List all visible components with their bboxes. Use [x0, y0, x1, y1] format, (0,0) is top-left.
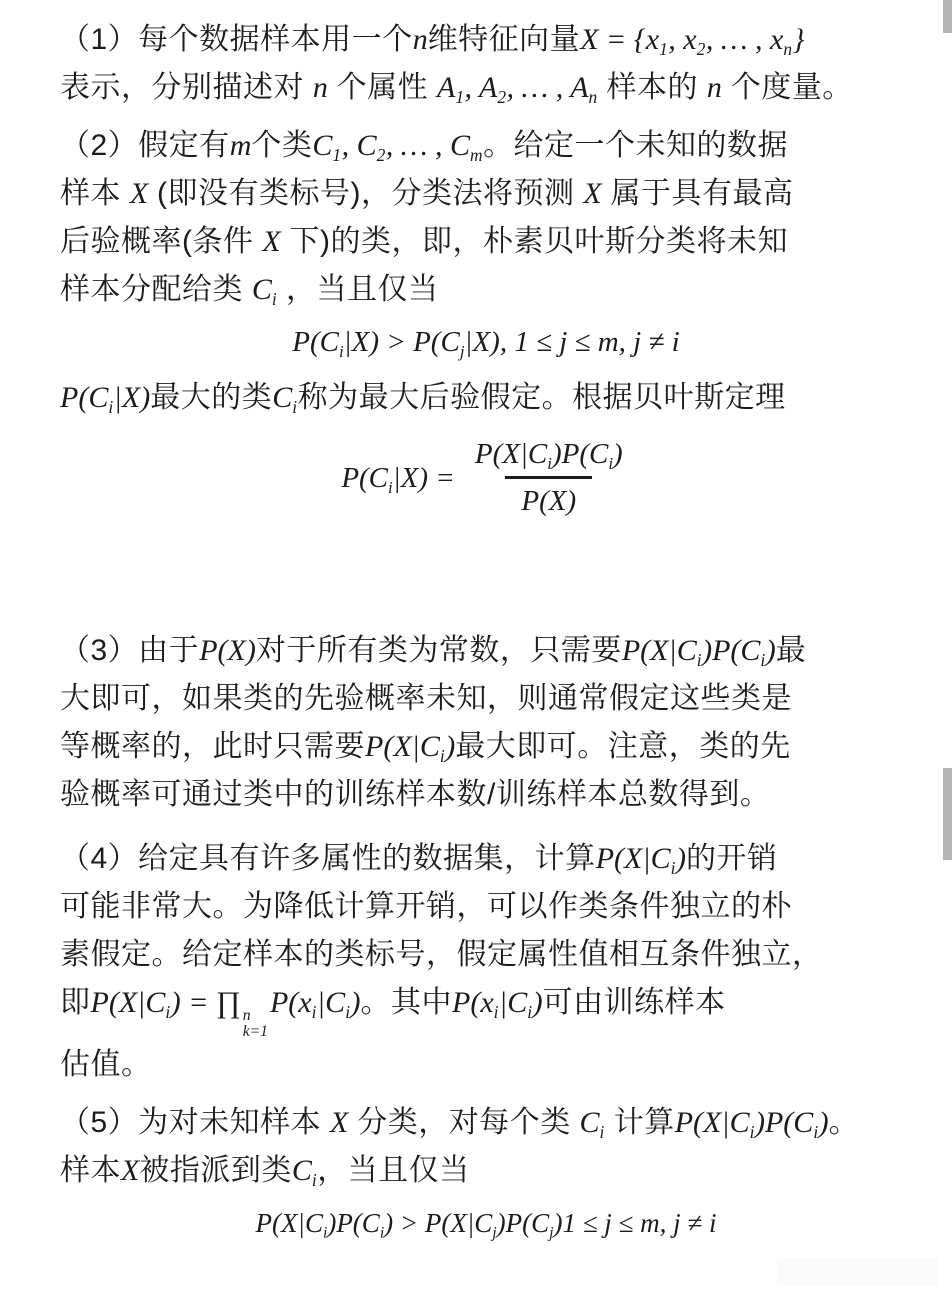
vertical-gap: [60, 521, 912, 627]
bayes-lhs: P(Ci|X) =: [341, 454, 455, 502]
bayes-fraction: P(X|Ci)P(Ci) P(X): [467, 434, 631, 521]
paragraph-4-constant-px: （3）由于P(X)对于所有类为常数，只需要P(X|Ci)P(Ci)最大即可，如果…: [60, 627, 912, 819]
paragraph-6-classify-unknown: （5）为对未知样本 X 分类，对每个类 Ci 计算P(X|Ci)P(Ci)。样本…: [60, 1099, 912, 1195]
scrollbar-top-fragment[interactable]: [943, 0, 952, 33]
bayes-numerator: P(X|Ci)P(Ci): [467, 434, 631, 476]
formula-map-condition: P(Ci|X) > P(Cj|X), 1 ≤ j ≤ m, j ≠ i: [60, 318, 912, 366]
paragraph-2-classes: （2）假定有m个类C1, C2, … , Cm。给定一个未知的数据样本 X (即…: [60, 122, 912, 314]
bayes-denominator: P(X): [505, 476, 592, 521]
scrollbar-thumb[interactable]: [943, 768, 952, 860]
formula-bayes-theorem: P(Ci|X) = P(X|Ci)P(Ci) P(X): [60, 434, 912, 521]
watermark-rect: [777, 1259, 938, 1285]
document-page: （1）每个数据样本用一个n维特征向量X = {x1, x2, … , xn}表示…: [0, 0, 952, 1292]
paragraph-1-feature-vector: （1）每个数据样本用一个n维特征向量X = {x1, x2, … , xn}表示…: [60, 16, 912, 112]
paragraph-3-map-hypothesis: P(Ci|X)最大的类Ci称为最大后验假定。根据贝叶斯定理: [60, 374, 912, 422]
paragraph-5-independence-assumption: （4）给定具有许多属性的数据集，计算P(X|Ci)的开销可能非常大。为降低计算开…: [60, 835, 912, 1089]
formula-classification-rule: P(X|Ci)P(Ci) > P(X|Cj)P(Cj)1 ≤ j ≤ m, j …: [60, 1199, 912, 1247]
